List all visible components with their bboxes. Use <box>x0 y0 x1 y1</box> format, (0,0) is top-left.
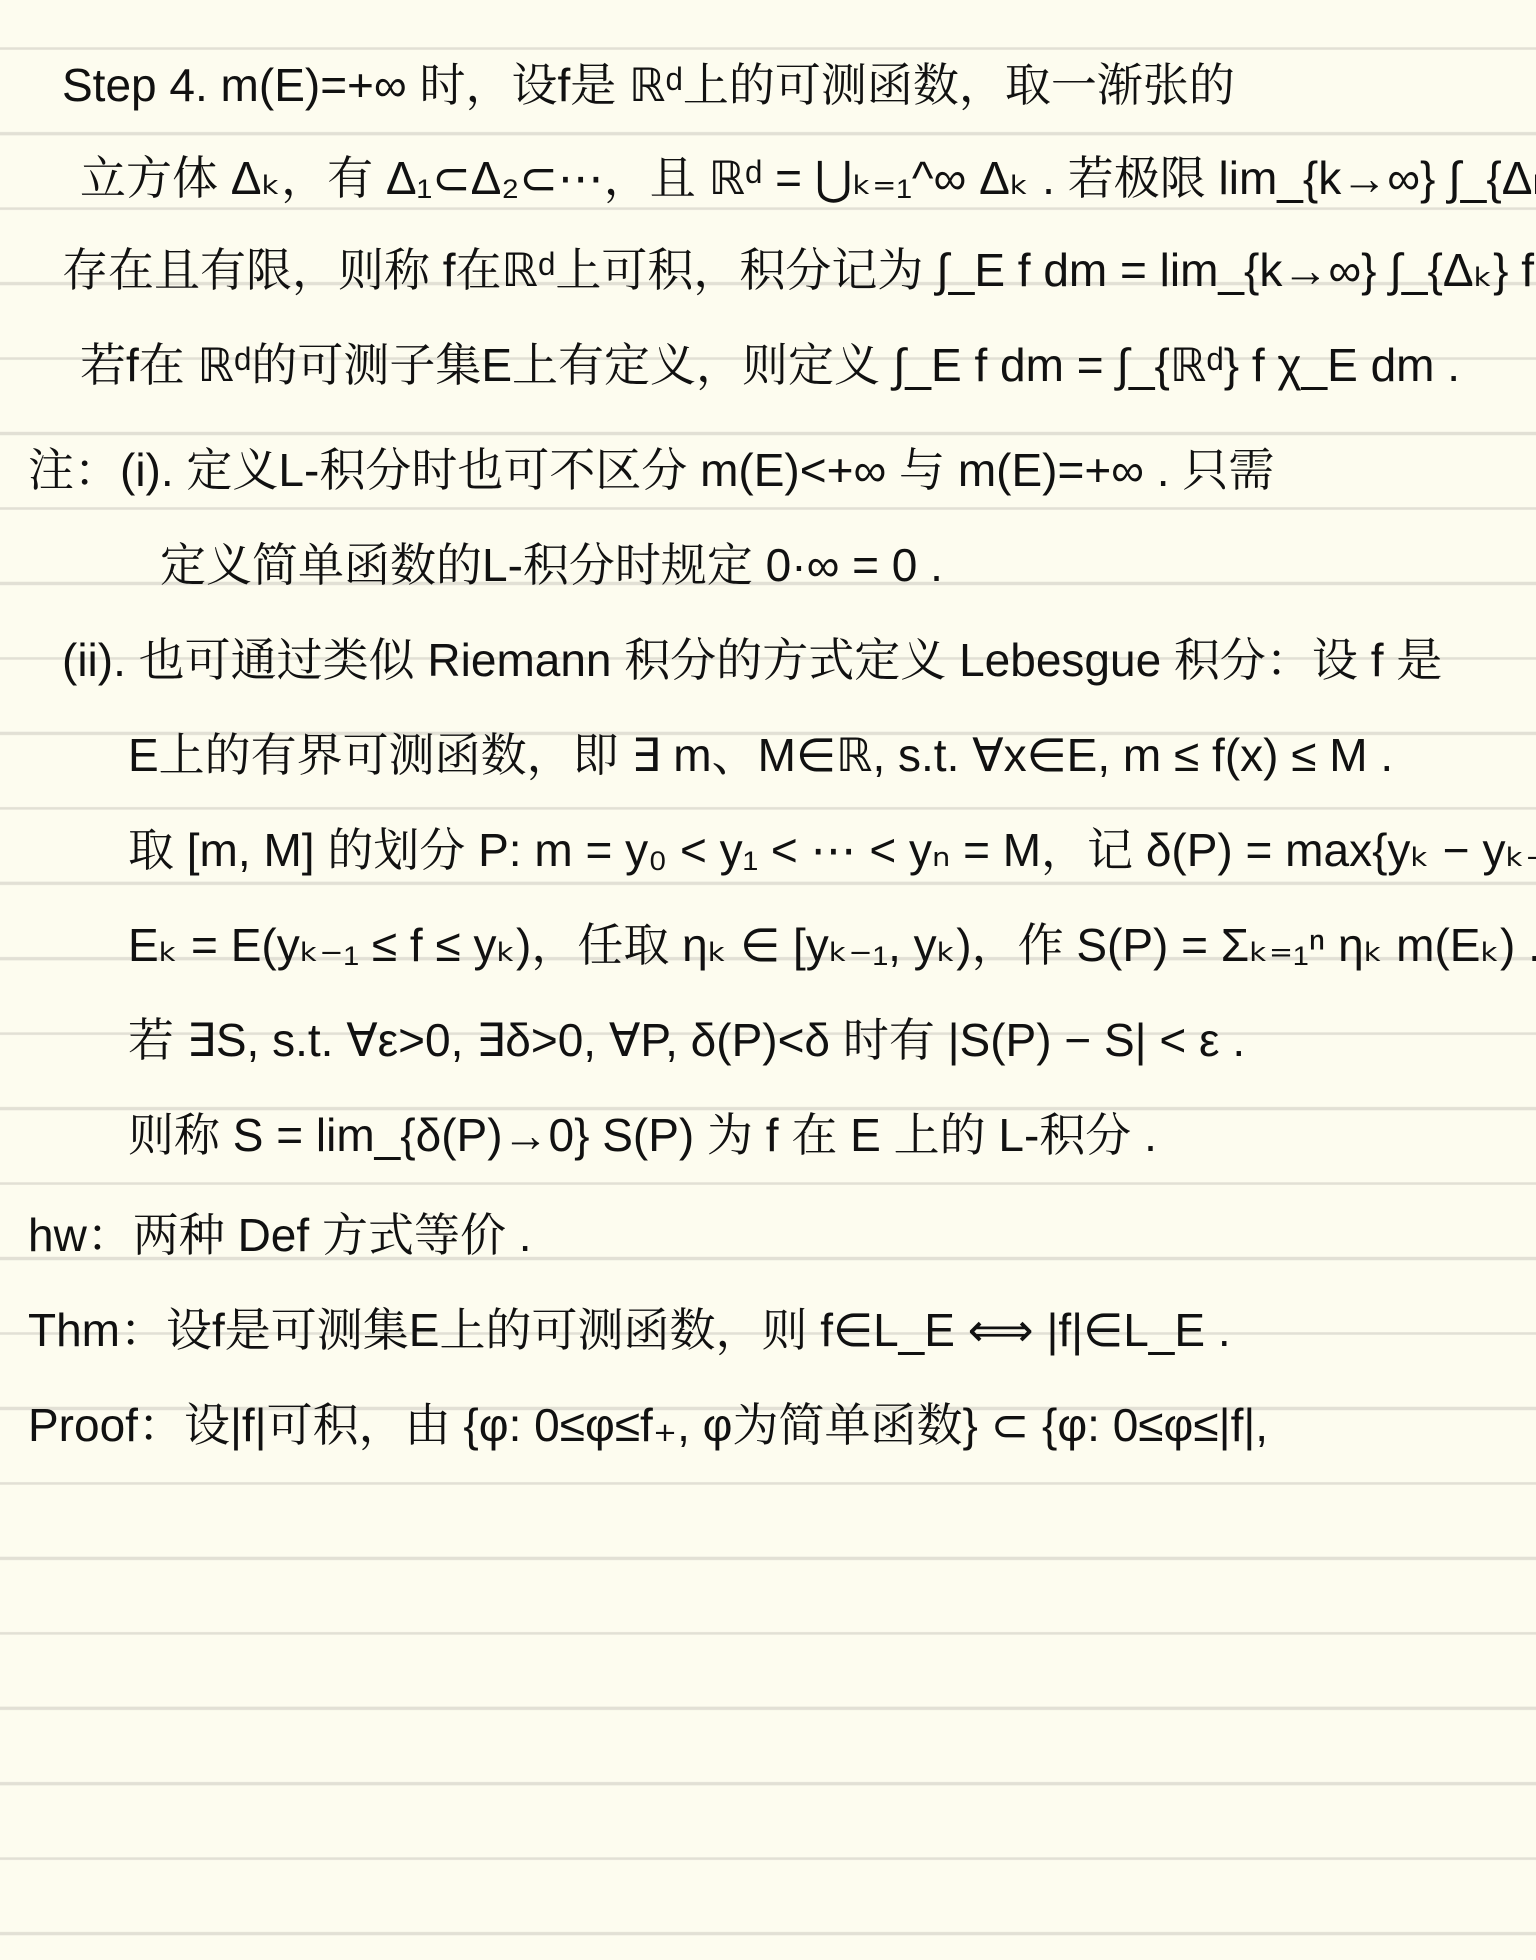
note-i-line-1: 注：(i). 定义L-积分时也可不区分 m(E)<+∞ 与 m(E)=+∞ . … <box>28 440 1274 500</box>
note-ii-line-2: E上的有界可测函数，即 ∃ m、M∈ℝ, s.t. ∀x∈E, m ≤ f(x)… <box>128 725 1393 785</box>
note-i-line-2: 定义简单函数的L-积分时规定 0·∞ = 0 . <box>160 535 943 595</box>
note-ii-line-3: 取 [m, M] 的划分 P: m = y₀ < y₁ < ⋯ < yₙ = M… <box>128 820 1536 880</box>
note-ii-line-1: (ii). 也可通过类似 Riemann 积分的方式定义 Lebesgue 积分… <box>62 630 1442 690</box>
step4-line-3: 存在且有限，则称 f在ℝᵈ上可积，积分记为 ∫_E f dm = lim_{k→… <box>62 240 1536 300</box>
handwritten-notes-page: Step 4. m(E)=+∞ 时，设f是 ℝᵈ上的可测函数，取一渐张的 立方体… <box>0 0 1536 1960</box>
proof-line: Proof：设|f|可积，由 {φ: 0≤φ≤f₊, φ为简单函数} ⊂ {φ:… <box>28 1395 1268 1455</box>
theorem-line: Thm：设f是可测集E上的可测函数，则 f∈L_E ⟺ |f|∈L_E . <box>28 1300 1231 1360</box>
step4-line-1: Step 4. m(E)=+∞ 时，设f是 ℝᵈ上的可测函数，取一渐张的 <box>62 55 1235 115</box>
note-ii-line-6: 则称 S = lim_{δ(P)→0} S(P) 为 f 在 E 上的 L-积分… <box>128 1105 1157 1165</box>
note-ii-line-5: 若 ∃S, s.t. ∀ε>0, ∃δ>0, ∀P, δ(P)<δ 时有 |S(… <box>128 1010 1245 1070</box>
step4-line-4: 若f在 ℝᵈ的可测子集E上有定义，则定义 ∫_E f dm = ∫_{ℝᵈ} f… <box>80 335 1460 395</box>
step4-line-2: 立方体 Δₖ，有 Δ₁⊂Δ₂⊂⋯，且 ℝᵈ = ⋃ₖ₌₁^∞ Δₖ . 若极限 … <box>80 148 1536 208</box>
note-ii-line-4: Eₖ = E(yₖ₋₁ ≤ f ≤ yₖ)，任取 ηₖ ∈ [yₖ₋₁, yₖ)… <box>128 915 1536 975</box>
homework-line: hw：两种 Def 方式等价 . <box>28 1205 532 1265</box>
